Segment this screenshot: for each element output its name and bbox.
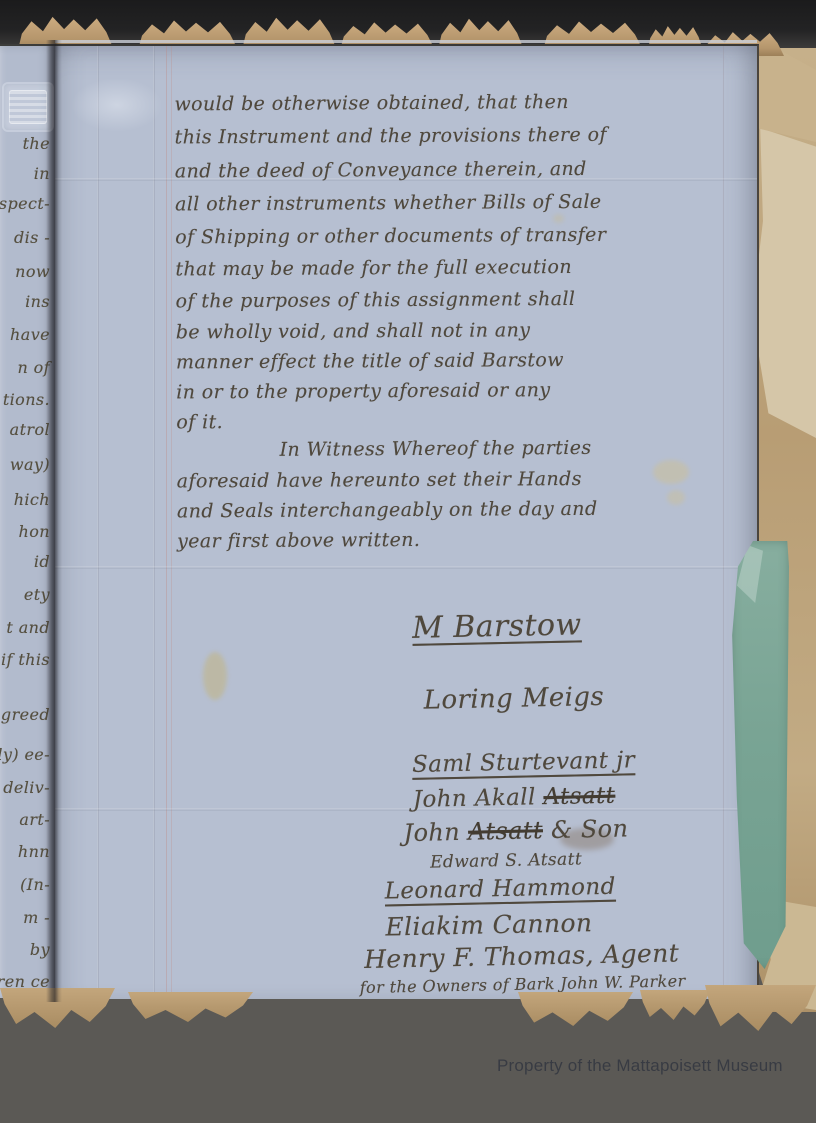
signature-text: & Son bbox=[543, 814, 629, 844]
adjacent-page-text-fragment: have bbox=[10, 325, 50, 344]
adjacent-page-text-fragment: tions. bbox=[3, 390, 50, 409]
signature: Eliakim Cannon bbox=[385, 908, 592, 941]
torn-stub bbox=[128, 992, 253, 1022]
signature: Edward S. Atsatt bbox=[430, 849, 582, 872]
torn-stub bbox=[705, 985, 816, 1031]
signature-text: Edward S. Atsatt bbox=[430, 849, 582, 872]
struck-out-word: Atsatt bbox=[468, 816, 543, 846]
signature-text: Loring Meigs bbox=[423, 682, 604, 716]
signature-text: Leonard Hammond bbox=[384, 874, 616, 905]
adjacent-page-text-fragment: hich bbox=[14, 490, 50, 509]
signature: Leonard Hammond bbox=[384, 874, 616, 905]
adjacent-page-text-fragment: way) bbox=[10, 455, 50, 474]
binding-gutter-shadow bbox=[46, 40, 62, 1002]
signature: John Akall Atsatt bbox=[413, 783, 616, 813]
signature-text: Eliakim Cannon bbox=[385, 908, 592, 941]
signature-text: Saml Sturtevant jr bbox=[412, 747, 636, 778]
document-page: would be otherwise obtained, that thenth… bbox=[55, 44, 759, 999]
adjacent-page-text-fragment: agreed bbox=[0, 705, 50, 724]
adjacent-page-text-fragment: dis - bbox=[14, 228, 50, 247]
adjacent-page-text-fragment: spect- bbox=[0, 194, 50, 213]
signature-text: M Barstow bbox=[412, 607, 582, 646]
signature: Saml Sturtevant jr bbox=[412, 747, 636, 778]
struck-out-word: Atsatt bbox=[543, 783, 615, 810]
signature: Henry F. Thomas, Agent bbox=[364, 938, 680, 974]
signature: John Atsatt & Son bbox=[403, 814, 628, 847]
adjacent-page-text-fragment: deliv- bbox=[3, 778, 50, 797]
torn-stub bbox=[640, 990, 710, 1020]
adjacent-page-text-fragment: ly) ee- bbox=[0, 745, 50, 764]
adjacent-page-text-fragment: if this bbox=[1, 650, 50, 669]
signature: Loring Meigs bbox=[423, 682, 604, 716]
museum-watermark: Property of the Mattapoisett Museum bbox=[497, 1056, 783, 1076]
scanned-document: theinspect-dis -nowinshaven oftions.atro… bbox=[0, 0, 816, 1123]
signature-text: John bbox=[403, 818, 468, 847]
signature: M Barstow bbox=[412, 607, 582, 646]
embossed-seal-icon bbox=[4, 84, 52, 130]
adjacent-page-text-fragment: t and bbox=[6, 618, 50, 637]
signature-text: Henry F. Thomas, Agent bbox=[364, 938, 680, 974]
adjacent-page-text-fragment: atrol bbox=[10, 420, 50, 439]
adjacent-page-text-fragment: now bbox=[15, 262, 50, 281]
signature-block: M BarstowLoring MeigsSaml Sturtevant jrJ… bbox=[45, 39, 767, 1006]
torn-stub bbox=[518, 992, 633, 1026]
signature-text: John Akall bbox=[413, 784, 544, 813]
